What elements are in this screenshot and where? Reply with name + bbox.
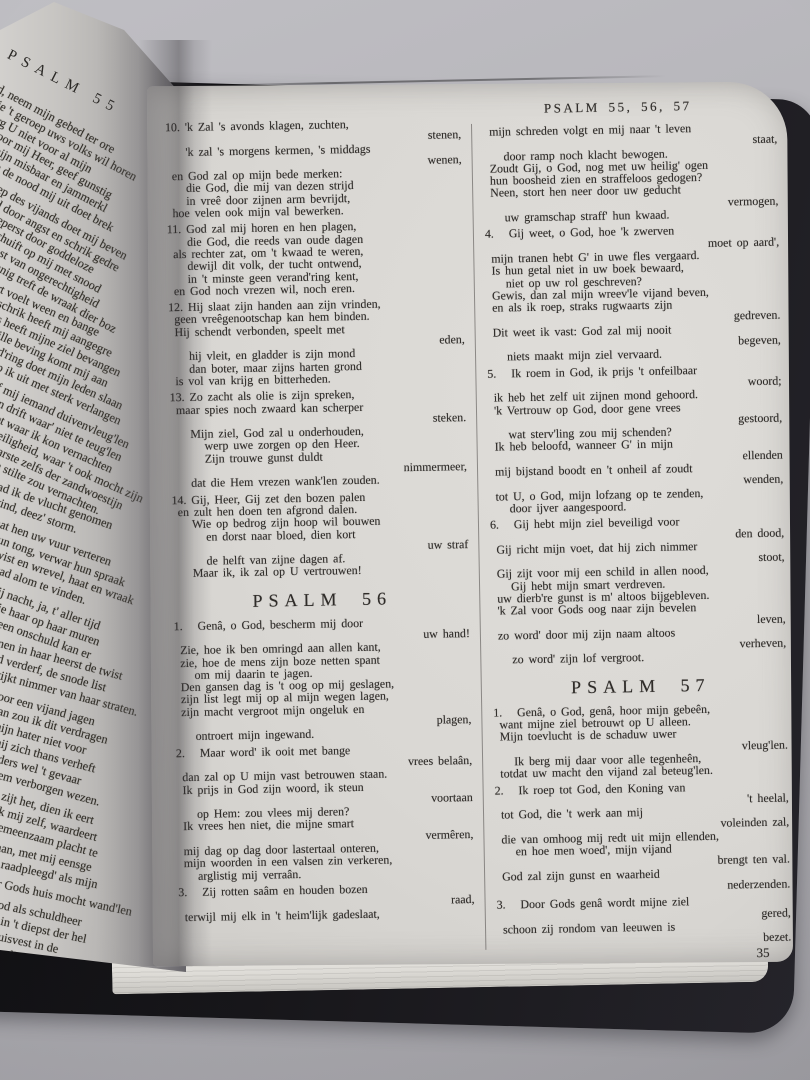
text-line: hoe velen ook mijn val bewerken. [166,202,464,219]
text-line: Maar ik, ik zal op U vertrouwen! [173,562,471,579]
right-column-text: mijn schreden volgt en mij naar 't leven… [483,121,793,948]
text-line: en God noch vrezen wil, noch eren. [168,280,466,297]
text-line: niets maakt mijn ziel vervaard. [487,346,783,363]
left-column: 10. 'k Zal 's avonds klagen, zuchten,ste… [165,116,477,923]
text-line: is vol van krijg en bitterheden. [169,370,467,387]
text-line: uw gramschap straff' hun kwaad. [485,207,781,224]
right-column: PSALM 55, 56, 57 mijn schreden volgt en … [483,97,794,966]
text-line: PSALM 56 [173,587,471,612]
running-header: PSALM 55, 56, 57 [483,97,779,118]
text-line: totdat uw macht den vijand zal beteug'le… [494,763,790,780]
book-photo: PSALM 55 od, neem mijn gebed ter oredie … [0,0,810,1080]
text-line: ontroert mijn ingewand. [176,725,474,742]
text-line: PSALM 57 [493,673,789,698]
text-line: dat die Hem vrezen wank'len zouden. [171,472,469,489]
text-line: zo word' zijn lof vergroot. [492,649,788,666]
right-page: 10. 'k Zal 's avonds klagen, zuchten,ste… [147,82,793,966]
right-page-content: 10. 'k Zal 's avonds klagen, zuchten,ste… [157,89,790,964]
